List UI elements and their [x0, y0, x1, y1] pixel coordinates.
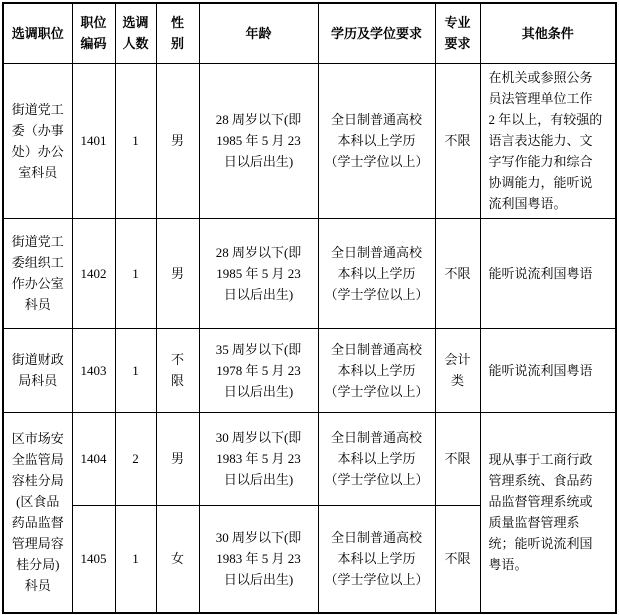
gender-cell: 男 — [156, 218, 199, 328]
major-cell: 不限 — [435, 218, 480, 328]
education-cell: 全日制普通高校 本科以上学历 （学士学位以上） — [318, 412, 435, 505]
header-age: 年龄 — [199, 3, 318, 63]
table-row: 街道财政 局科员 1403 1 不 限 35 周岁以下(即 1978 年 5 月… — [3, 328, 616, 412]
count-cell: 1 — [115, 328, 156, 412]
job-selection-table: 选调职位 职位 编码 选调 人数 性 别 年龄 学历及学位要求 专业 要求 其他… — [2, 2, 617, 614]
header-position: 选调职位 — [3, 3, 72, 63]
header-count: 选调 人数 — [115, 3, 156, 63]
header-education: 学历及学位要求 — [318, 3, 435, 63]
table-row: 街道党工 委组织工 作办公室 科员 1402 1 男 28 周岁以下(即 198… — [3, 218, 616, 328]
header-code: 职位 编码 — [72, 3, 115, 63]
major-cell: 不限 — [435, 412, 480, 505]
other-conditions-cell: 能听说流利国粤语 — [480, 328, 616, 412]
education-cell: 全日制普通高校 本科以上学历 （学士学位以上） — [318, 505, 435, 613]
education-cell: 全日制普通高校 本科以上学历 （学士学位以上） — [318, 63, 435, 218]
other-conditions-cell: 能听说流利国粤语 — [480, 218, 616, 328]
age-cell: 28 周岁以下(即 1985 年 5 月 23 日以后出生) — [199, 63, 318, 218]
count-cell: 2 — [115, 412, 156, 505]
gender-cell: 女 — [156, 505, 199, 613]
code-cell: 1404 — [72, 412, 115, 505]
age-cell: 30 周岁以下(即 1983 年 5 月 23 日以后出生) — [199, 505, 318, 613]
gender-cell: 不 限 — [156, 328, 199, 412]
table-row: 区市场安 全监管局 容桂分局 (区食品 药品监督 管理局容 桂分局) 科员 14… — [3, 412, 616, 505]
position-cell: 街道党工 委（办事 处）办公 室科员 — [3, 63, 72, 218]
count-cell: 1 — [115, 218, 156, 328]
major-cell: 不限 — [435, 63, 480, 218]
header-major: 专业 要求 — [435, 3, 480, 63]
age-cell: 35 周岁以下(即 1978 年 5 月 23 日以后出生) — [199, 328, 318, 412]
header-gender: 性 别 — [156, 3, 199, 63]
position-cell-merged: 区市场安 全监管局 容桂分局 (区食品 药品监督 管理局容 桂分局) 科员 — [3, 412, 72, 613]
code-cell: 1405 — [72, 505, 115, 613]
count-cell: 1 — [115, 63, 156, 218]
code-cell: 1403 — [72, 328, 115, 412]
count-cell: 1 — [115, 505, 156, 613]
age-cell: 30 周岁以下(即 1983 年 5 月 23 日以后出生) — [199, 412, 318, 505]
other-conditions-cell-merged: 现从事于工商行政 管理系统、食品药 品监督管理系统或 质量监督管理系 统；能听说… — [480, 412, 616, 613]
major-cell: 会计 类 — [435, 328, 480, 412]
gender-cell: 男 — [156, 412, 199, 505]
code-cell: 1401 — [72, 63, 115, 218]
gender-cell: 男 — [156, 63, 199, 218]
position-cell: 街道党工 委组织工 作办公室 科员 — [3, 218, 72, 328]
education-cell: 全日制普通高校 本科以上学历 （学士学位以上） — [318, 328, 435, 412]
education-cell: 全日制普通高校 本科以上学历 （学士学位以上） — [318, 218, 435, 328]
header-row: 选调职位 职位 编码 选调 人数 性 别 年龄 学历及学位要求 专业 要求 其他… — [3, 3, 616, 63]
other-conditions-cell: 在机关或参照公务 员法管理单位工作 2 年以上，有较强的 语言表达能力、文 字写… — [480, 63, 616, 218]
position-cell: 街道财政 局科员 — [3, 328, 72, 412]
code-cell: 1402 — [72, 218, 115, 328]
header-other: 其他条件 — [480, 3, 616, 63]
major-cell: 不限 — [435, 505, 480, 613]
age-cell: 28 周岁以下(即 1985 年 5 月 23 日以后出生) — [199, 218, 318, 328]
table-row: 街道党工 委（办事 处）办公 室科员 1401 1 男 28 周岁以下(即 19… — [3, 63, 616, 218]
position-table-page: 选调职位 职位 编码 选调 人数 性 别 年龄 学历及学位要求 专业 要求 其他… — [0, 0, 619, 615]
